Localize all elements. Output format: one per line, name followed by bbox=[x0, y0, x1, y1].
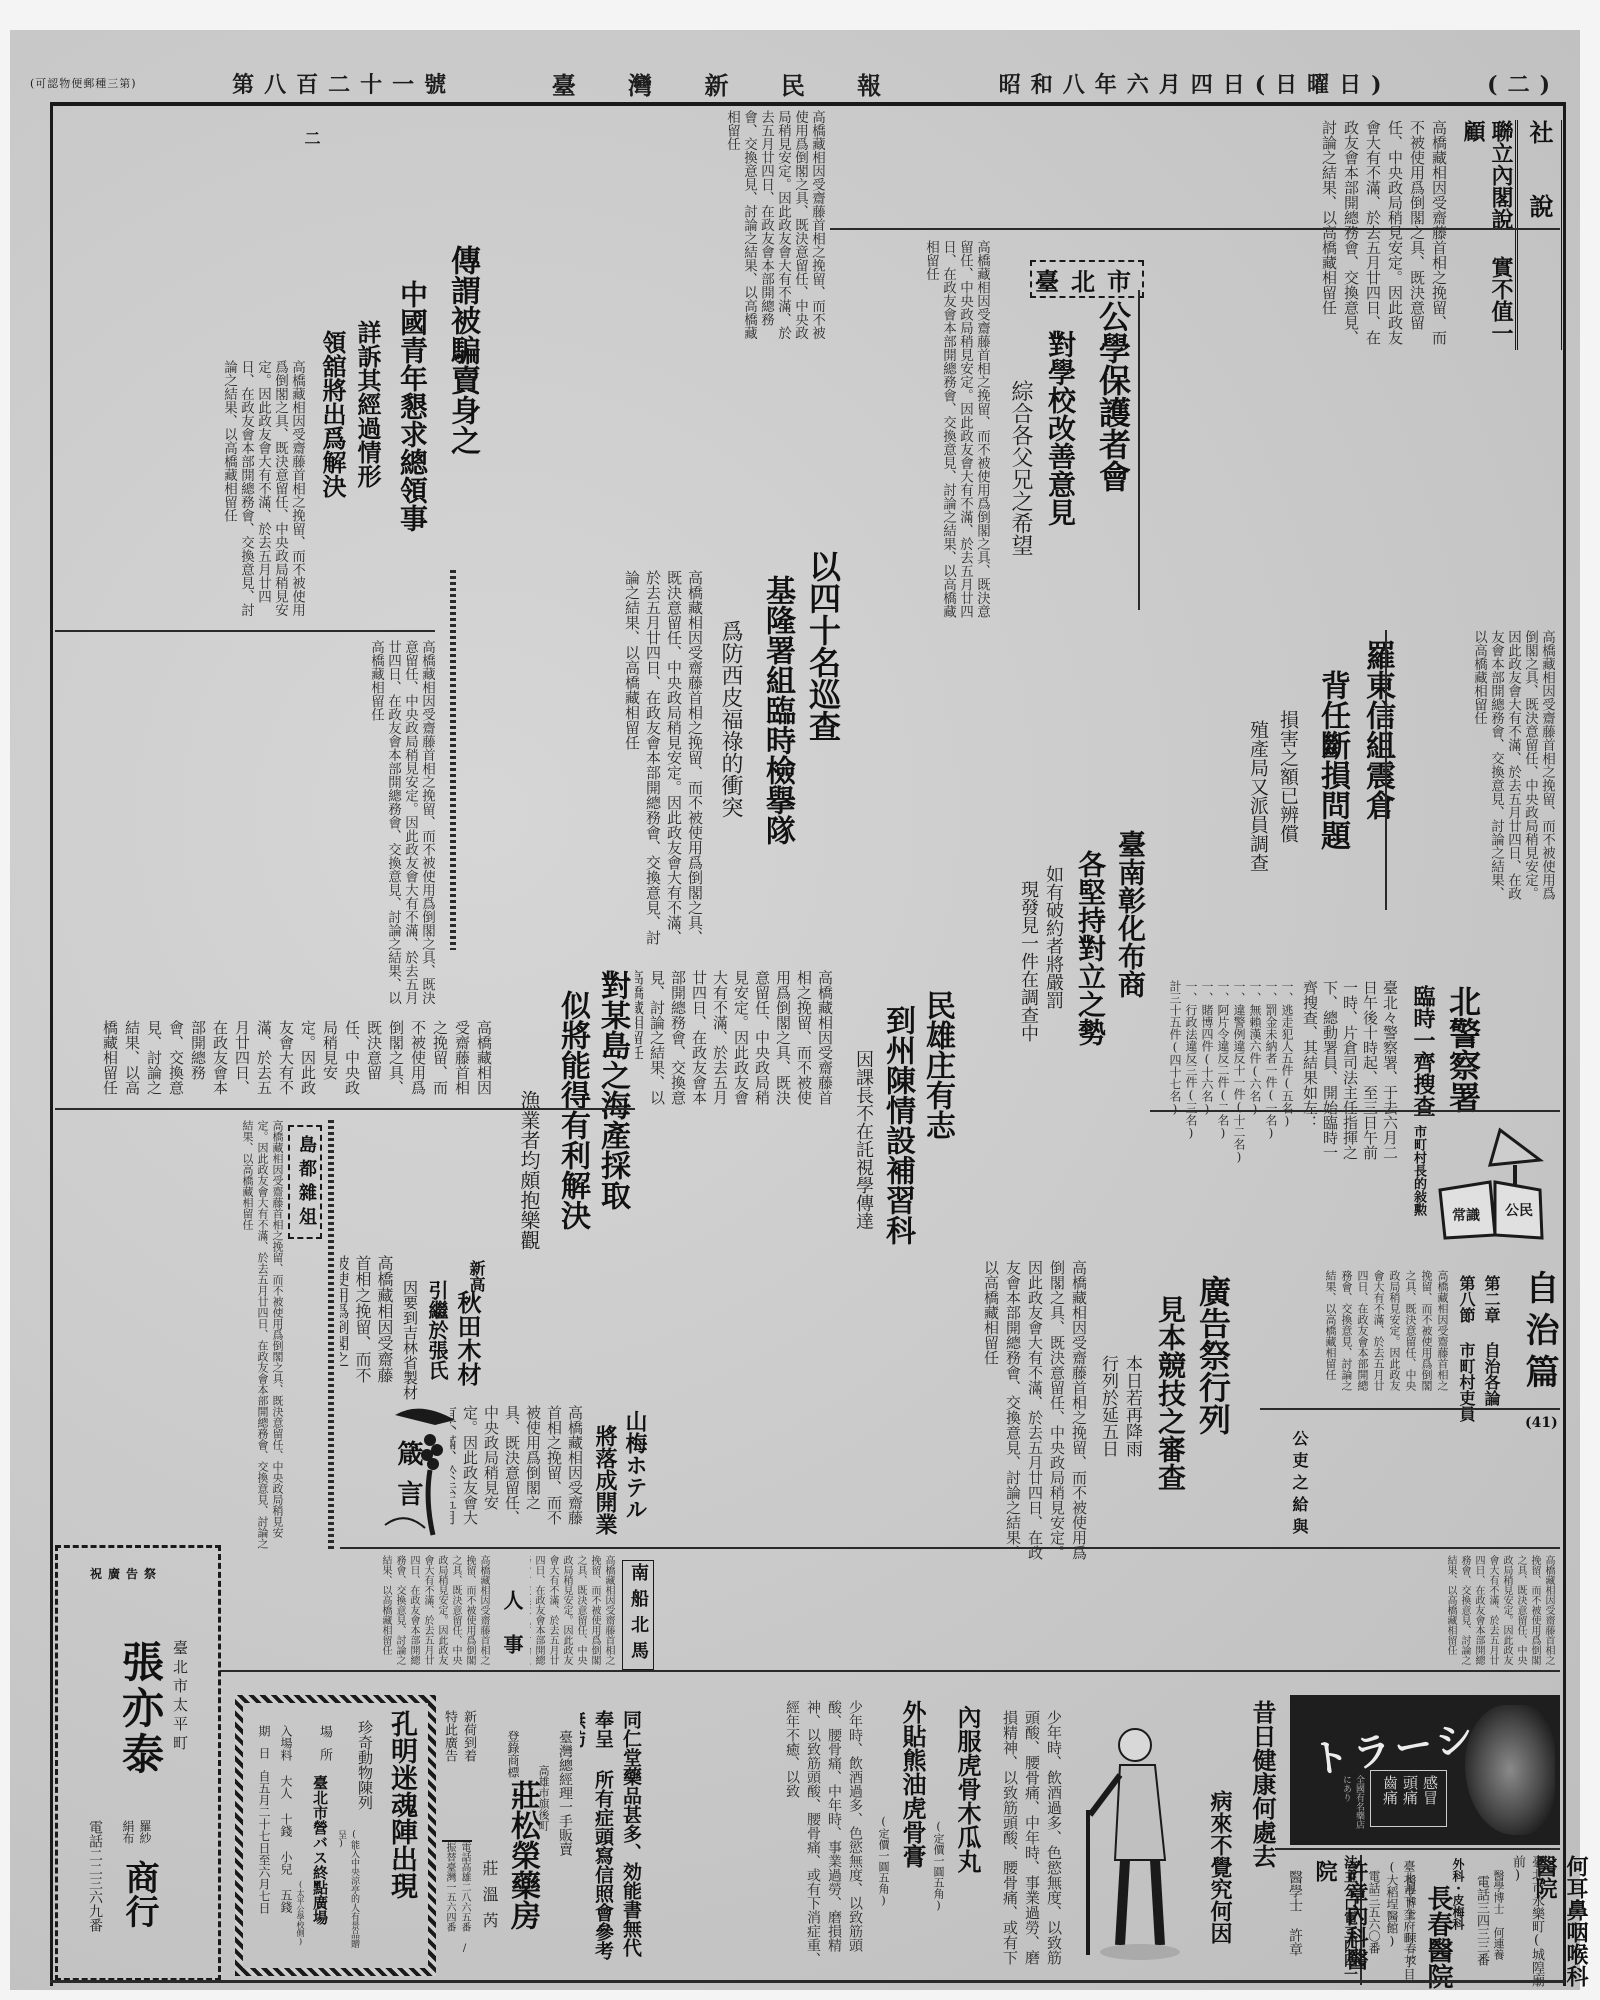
kongming-note: (能入中央涼亭的人有景品贈呈) bbox=[335, 1830, 361, 1950]
masthead: (可認物便郵種三第) 第八百二十一號 臺 灣 新 民 報 昭和八年六月四日(日曜… bbox=[30, 66, 1560, 100]
kongming-period: 自五月二十七日至六月七日 bbox=[256, 1770, 273, 1914]
page-number: (二) bbox=[1487, 68, 1560, 99]
article-headline-minxiong: 民雄庄有志 bbox=[915, 990, 959, 1140]
health-ad-body: 少年時、飲酒過多、色慾無度、以致筋頭酸、腰骨痛、中年時、事業過勞、磨損精神、以致… bbox=[1000, 1710, 1065, 1970]
article-headline-ad-festival: 廣告祭行列 bbox=[1190, 1275, 1236, 1435]
tiger-pill-item-2: 外貼熊油虎骨膏 bbox=[895, 1700, 930, 1868]
column-title-motto: 箴言 bbox=[390, 1440, 427, 1520]
article-body-keelung: 高橋藏相因受齋藤首相之挽留、而不被使用爲倒閣之具、既決意留任、中央政局稍見安定。… bbox=[465, 570, 705, 950]
article-subhead-north-police: 臨時一齊搜查 bbox=[1408, 985, 1439, 1117]
divider bbox=[340, 1547, 1560, 1549]
newspaper-page: (可認物便郵種三第) 第八百二十一號 臺 灣 新 民 報 昭和八年六月四日(日曜… bbox=[10, 30, 1580, 1990]
health-ad-subhead: 病來不覺究何因 bbox=[1205, 1790, 1236, 1944]
wavy-divider bbox=[450, 570, 456, 950]
raid-result-total: 計三十五件(四十七名) bbox=[1166, 980, 1183, 1170]
article-headline-tainan: 臺南彰化布商 bbox=[1110, 830, 1150, 998]
health-ad-headline: 昔日健康何處去 bbox=[1245, 1700, 1280, 1868]
article-body-fishery: 高橋藏相因受齋藤首相之挽留、而不被使用爲倒閣之具、既決意留任、中央政局稍見安定。… bbox=[55, 1020, 495, 1105]
civics-chapter: 第二章 自治各論 bbox=[1480, 1275, 1503, 1406]
article-subhead-minxiong: 到州陳情設補習科 bbox=[875, 1005, 919, 1245]
article-deck-minxiong: 因課長不在託視學傳達 bbox=[850, 1050, 876, 1230]
raid-result-0: 一、逃走犯人五件(五名) bbox=[1278, 980, 1295, 1170]
raid-result-3: 一、違警例違反十一件(十二名) bbox=[1230, 980, 1247, 1170]
toradin-effect-3: 齒痛 bbox=[1380, 1775, 1401, 1805]
article-body-rato: 高橋藏相因受齋藤首相之挽留、而不被使用爲倒閣之具、既決意留任、中央政局稍見安定。… bbox=[1395, 630, 1555, 910]
kongming-period-label: 期日 bbox=[256, 1725, 273, 1769]
article-deck-tainan-2: 現發見一件在調查中 bbox=[1015, 880, 1041, 1042]
pharmacy-trademark: 登錄商標 bbox=[505, 1730, 522, 1778]
kongming-venue: 臺北市營バス終點廣場 bbox=[310, 1775, 331, 1925]
article-body-north-police: 臺北々警察署、于去六月二日午後十時起、至三日午前一時、片倉司法主任指揮之下、總動… bbox=[1300, 980, 1400, 1170]
article-deck-ad-festival-2: 行列於延五日 bbox=[1096, 1355, 1121, 1457]
postal-note: (可認物便郵種三第) bbox=[30, 75, 137, 91]
article-headline-fishery: 對某島之海產採取 bbox=[590, 970, 634, 1210]
clinic-name-hsu: 許章內科醫院 bbox=[1310, 1860, 1372, 1990]
raid-result-5: 一、賭博四件(十六名) bbox=[1198, 980, 1215, 1170]
issue-date: 昭和八年六月四日(日曜日) bbox=[999, 68, 1392, 99]
bottom-border bbox=[50, 1980, 1565, 1983]
zhang-ad-name: 張亦泰 bbox=[110, 1640, 170, 1778]
zhang-ad-phone: 電話二二三六九番 bbox=[85, 1820, 105, 1932]
article-subhead-ad-festival: 見本競技之審查 bbox=[1150, 1295, 1190, 1491]
divider bbox=[1275, 1848, 1560, 1850]
article-subhead-tainan: 各堅持對立之勢 bbox=[1070, 850, 1110, 1046]
article-deck-akita: 因要到吉林省製材 bbox=[400, 1280, 421, 1400]
tiger-pill-body: 少年時、飲酒過多、色慾無度、以致筋頭酸、腰骨痛、中年時、事業過勞、磨損精神、以致… bbox=[665, 1700, 865, 1970]
divider bbox=[55, 1108, 635, 1110]
clinic-phone-ho: 電話三四三三番 bbox=[1472, 1875, 1491, 1966]
article-subhead-keelung: 基隆署組臨時檢擧隊 bbox=[755, 575, 799, 845]
divider bbox=[1385, 630, 1387, 910]
article-deck-tainan-1: 如有破約者將嚴罰 bbox=[1040, 865, 1066, 1009]
zhang-ad-suffix: 商行 bbox=[115, 1860, 164, 1928]
clinic-doctor-hsu: 醫學士 許章 bbox=[1285, 1870, 1305, 1956]
article-body-sold-2: 高橋藏相因受齋藤首相之挽留、而不被使用爲倒閣之具、既決意留任、中央政局稍見安定。… bbox=[55, 640, 435, 1010]
lamp-book-illustration: 常識 公民 bbox=[1430, 1120, 1560, 1250]
zhang-ad-goods: 羅紗 絹布 bbox=[120, 1820, 154, 1860]
pharmacy-body: 同仁堂藥品甚多、効能書無代奉呈 所有症頭寫信照會參考無妨 bbox=[580, 1710, 645, 1970]
article-deck-sold-1: 詳訴其經過情形 bbox=[350, 320, 385, 488]
article-deck-ad-festival-1: 本日若再降雨 bbox=[1120, 1355, 1145, 1457]
pharmacy-phone: 電話高雄二八六五番 / 振替臺灣一五六四番 bbox=[442, 1840, 472, 1962]
tiger-pill-price-2: (定價一圓五角) bbox=[875, 1815, 891, 1907]
column-title-ships: 南船北馬 bbox=[622, 1560, 654, 1670]
column-title-personnel: 人事 bbox=[498, 1590, 527, 1678]
article-subhead-sold: 中國青年懇求總領事 bbox=[392, 280, 432, 532]
raid-result-4: 一、阿片令違反二件(二名) bbox=[1214, 980, 1231, 1170]
article-body-school: 高橋藏相因受齋藤首相之挽留、而不被使用爲倒閣之具、既決意留任、中央政局稍見安定。… bbox=[830, 240, 990, 620]
divider bbox=[1150, 1110, 1560, 1112]
civics-body: 高橋藏相因受齋藤首相之挽留、而不被使用爲倒閣之具、既決意留任、中央政局稍見安定。… bbox=[1265, 1270, 1450, 1400]
svg-text:常識: 常識 bbox=[1452, 1207, 1480, 1224]
wavy-divider bbox=[328, 1120, 334, 1550]
divider bbox=[1260, 1408, 1560, 1410]
tiger-pill-item-1: 內服虎骨木瓜丸 bbox=[950, 1705, 985, 1873]
toradin-ad: トラーシン 感冒 頭痛 齒痛 全國有名藥店にあり bbox=[1290, 1695, 1560, 1845]
clinic-address-chang: 臺北市下奎府町一丁目(大稻埕醫館) bbox=[1384, 1860, 1418, 1990]
clinic-doctor-ho: 醫學博士 何連養 bbox=[1490, 1870, 1506, 1960]
divider bbox=[220, 1670, 1560, 1672]
article-headline-school: 公學保護者會 bbox=[1090, 300, 1136, 492]
kongming-headline: 孔明迷魂陣出現 bbox=[382, 1710, 421, 1899]
civics-sub-salary: 公吏之給與 bbox=[1288, 1430, 1311, 1540]
article-headline-akita: 秋田木材 bbox=[450, 1290, 485, 1386]
editorial-divider bbox=[830, 228, 1560, 230]
article-subhead-akita: 引繼於張氏 bbox=[423, 1280, 452, 1380]
raid-result-1: 一、罰金未納者一件(一名) bbox=[1262, 980, 1279, 1170]
article-headline-yamaume: 山梅ホテル bbox=[620, 1410, 651, 1520]
article-body-yamaume: 高橋藏相因受齋藤首相之挽留、而不被使用爲倒閣之具、既決意留任、中央政局稍見安定。… bbox=[450, 1405, 585, 1535]
paper-name: 臺 灣 新 民 報 bbox=[552, 66, 903, 101]
article-headline-north-police: 北警察署 bbox=[1440, 985, 1486, 1113]
pharmacy-distributor: 臺灣總經理一手販賣 bbox=[555, 1730, 575, 1856]
pharmacy-name: 莊松榮藥房 bbox=[500, 1780, 544, 1930]
civics-sub-decoration: 市町村長的敍勲 bbox=[1410, 1125, 1427, 1216]
personnel-body: 高橋藏相因受齋藤首相之挽留、而不被使用爲倒閣之具、既決意留任、中央政局稍見安定。… bbox=[220, 1555, 490, 1665]
article-headline-sold: 傳謂被騙賣身之 bbox=[440, 245, 484, 455]
article-headline-keelung: 以四十名巡查 bbox=[800, 550, 846, 742]
article-kicker-akita: 新高 bbox=[465, 1260, 488, 1292]
hand-illustration bbox=[1465, 1705, 1555, 1835]
toradin-effect-2: 頭痛 bbox=[1400, 1775, 1421, 1805]
divider bbox=[55, 630, 435, 632]
editorial-label: 社說 bbox=[1515, 120, 1564, 350]
civics-section: 第八節 市町村吏員 bbox=[1455, 1275, 1478, 1422]
tiger-pill-price-1: (定價一圓五角) bbox=[930, 1820, 946, 1912]
article-body-sold: 高橋藏相因受齋藤首相之挽留、而不被使用爲倒閣之具、既決意留任、中央政局稍見安定。… bbox=[55, 360, 305, 620]
island-news-body: 高橋藏相因受齋藤首相之挽留、而不被使用爲倒閣之具、既決意留任、中央政局稍見安定。… bbox=[55, 1120, 285, 1550]
kongming-venue-note: (太平公學校側) bbox=[295, 1880, 306, 1946]
civics-title: 自治篇 bbox=[1515, 1270, 1564, 1396]
kongming-fee: 大人 十錢 小兒 五錢 bbox=[278, 1775, 295, 1913]
raid-result-6: 一、行政法違反三件(三名) bbox=[1182, 980, 1199, 1170]
civics-number: (41) bbox=[1525, 1415, 1558, 1431]
editorial-title: 聯立內閣說 實不值一顧 bbox=[1455, 120, 1515, 350]
zhang-ad-address: 臺北市太平町 bbox=[170, 1640, 191, 1754]
article-subhead-fishery: 似將能得有利解決 bbox=[550, 990, 594, 1230]
article-deck-rato-2: 殖產局又派員調查 bbox=[1245, 720, 1272, 872]
editorial-body: 高橋藏相因受齋藤首相之挽留、而不被使用爲倒閣之具、既決意留任、中央政局稍見安定。… bbox=[1260, 120, 1450, 350]
article-body-ad-festival: 高橋藏相因受齋藤首相之挽留、而不被使用爲倒閣之具、既決意留任、中央政局稍見安定。… bbox=[620, 1260, 1090, 1560]
article-headline-rato: 羅東信組震倉 bbox=[1355, 640, 1399, 820]
article-subhead-rato: 背任斷損問題 bbox=[1310, 670, 1354, 850]
article-subhead-school: 對學校改善意見 bbox=[1040, 330, 1080, 526]
pharmacy-owner: 莊溫芮 bbox=[478, 1860, 501, 1938]
divider bbox=[1138, 290, 1140, 610]
ships-body: 高橋藏相因受齋藤首相之挽留、而不被使用爲倒閣之具、既決意留任、中央政局稍見安定。… bbox=[530, 1555, 615, 1665]
bottom-news-body: 高橋藏相因受齋藤首相之挽留、而不被使用爲倒閣之具、既決意留任、中央政局稍見安定。… bbox=[660, 1555, 1555, 1665]
kongming-fee-label: 入場料 bbox=[278, 1725, 295, 1761]
article-kicker-taipei: 臺北市 bbox=[1035, 262, 1143, 297]
clinic-name-chang: 長春醫院 bbox=[1420, 1885, 1457, 1989]
article-deck-rato-1: 損害之額已辨償 bbox=[1275, 710, 1302, 843]
article-body-minxiong: 高橋藏相因受齋藤首相之挽留、而不被使用爲倒閣之具、既決意留任、中央政局稍見安定。… bbox=[635, 970, 835, 1110]
article-deck-fishery: 漁業者均頗抱樂觀 bbox=[515, 1090, 544, 1250]
toradin-effect-1: 感冒 bbox=[1420, 1775, 1441, 1805]
svg-text:公民: 公民 bbox=[1505, 1203, 1533, 1219]
article-deck-school: 綜合各父兄之希望 bbox=[1005, 380, 1036, 556]
zhang-ad-top: 祝廣告祭 bbox=[90, 1565, 162, 1582]
raid-result-2: 一、無賴漢六件(六名) bbox=[1246, 980, 1263, 1170]
old-man-illustration bbox=[1070, 1720, 1190, 1970]
pharmacy-notice: 新荷到着 特此廣告 bbox=[440, 1710, 478, 1770]
issue-number: 第八百二十一號 bbox=[232, 68, 456, 99]
kongming-subhead: 珍奇動物陳列 bbox=[355, 1720, 376, 1810]
column-title-island-news: 島都雜俎 bbox=[293, 1135, 319, 1231]
editorial-part-two: 二 bbox=[300, 130, 323, 146]
article-subhead-yamaume: 將落成開業 bbox=[590, 1425, 621, 1535]
toradin-note: 全國有名藥店にあり bbox=[1340, 1775, 1366, 1835]
article-deck-keelung: 爲防西皮福祿的衝突 bbox=[715, 620, 746, 818]
kongming-venue-label: 場所 bbox=[315, 1725, 334, 1771]
clinic-address-ho: 臺北市永樂町(城隍廟前) bbox=[1508, 1855, 1546, 1990]
article-body-akita: 高橋藏相因受齋藤首相之挽留、而不被使用爲倒閣之具、既決意留任、中央政局稍見安定。… bbox=[340, 1255, 395, 1385]
article-deck-sold-2: 領舘將出爲解決 bbox=[315, 330, 350, 498]
